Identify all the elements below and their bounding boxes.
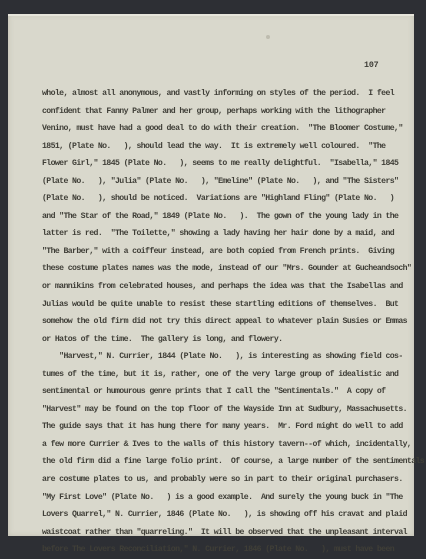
text-line: 1851, (Plate No. ), should lead the way.… — [42, 138, 412, 156]
text-line: and "The Star of the Road," 1849 (Plate … — [42, 208, 412, 226]
text-line: a few more Currier & Ives to the walls o… — [42, 436, 412, 454]
text-line: Lovers Quarrel," N. Currier, 1846 (Plate… — [42, 506, 412, 524]
paper-smudge — [266, 35, 270, 39]
text-line: before The Lovers Reconciliation," N. Cu… — [42, 541, 412, 550]
page-number: 107 — [364, 60, 378, 70]
typewritten-body: whole, almost all anonymous, and vastly … — [42, 85, 412, 550]
text-line: or Hatos of the time. The gallery is lon… — [42, 331, 412, 349]
text-line: Flower Girl," 1845 (Plate No. ), seems t… — [42, 155, 412, 173]
text-line: are costume plates to us, and probably w… — [42, 471, 412, 489]
text-line: the old firm did a fine large folio prin… — [42, 453, 412, 471]
text-line: tumes of the time, but it is, rather, on… — [42, 366, 412, 384]
text-line: "My First Love" (Plate No. ) is a good e… — [42, 489, 412, 507]
text-line: somehow the old firm did not try this di… — [42, 313, 412, 331]
page-top-edge — [8, 14, 414, 16]
text-line: "Harvest," N. Currier, 1844 (Plate No. )… — [42, 348, 412, 366]
text-line: confident that Fanny Palmer and her grou… — [42, 103, 412, 121]
text-line: "The Barber," with a coiffeur instead, a… — [42, 243, 412, 261]
text-line: Julias would be quite unable to resist t… — [42, 296, 412, 314]
text-line: or mannikins from celebrated houses, and… — [42, 278, 412, 296]
text-line: "Harvest" may be found on the top floor … — [42, 401, 412, 419]
text-line: latter is red. "The Toilette," showing a… — [42, 225, 412, 243]
text-line: (Plate No. ), "Julia" (Plate No. ), "Eme… — [42, 173, 412, 191]
text-line: (Plate No. ), should be noticed. Variati… — [42, 190, 412, 208]
text-line: these costume plates names was the mode,… — [42, 260, 412, 278]
text-line: The guide says that it has hung there fo… — [42, 418, 412, 436]
text-line: waistcoat rather than "quarreling." It w… — [42, 524, 412, 542]
text-line: whole, almost all anonymous, and vastly … — [42, 85, 412, 103]
text-line: Venino, must have had a good deal to do … — [42, 120, 412, 138]
text-line: sentimental or humourous genre prints th… — [42, 383, 412, 401]
